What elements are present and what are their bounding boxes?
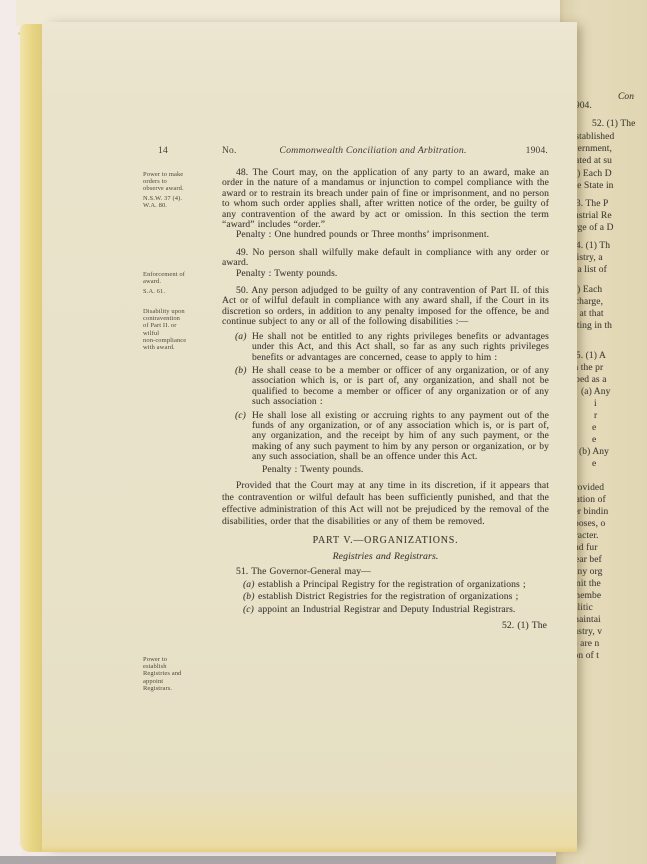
scan-background: [0, 0, 22, 864]
margin-note-line: Power to make: [143, 171, 217, 178]
section-51-item-b: (b)establish District Registries for the…: [222, 592, 549, 602]
margin-note-line: award.: [143, 278, 217, 285]
item-marker: (a): [235, 332, 247, 342]
registries-subheading: Registries and Registrars.: [222, 552, 549, 562]
clipped-text-line: e: [592, 435, 596, 445]
section-50-item-b: (b)He shall cease to be a member or offi…: [222, 366, 549, 408]
section-50-item-c: (c)He shall lose all existing or accruin…: [222, 411, 549, 463]
item-text: establish District Registries for the re…: [258, 591, 518, 602]
margin-note-line: of Part II. or: [143, 322, 217, 329]
section-51-intro: 51. The Governor-General may—: [222, 567, 549, 577]
margin-note-ref: W.A. 80.: [143, 202, 217, 209]
item-marker: (b): [235, 366, 247, 376]
item-marker: (b): [243, 592, 255, 602]
margin-note-line: Registrars.: [143, 685, 217, 692]
item-text: establish a Principal Registry for the r…: [258, 579, 526, 590]
margin-note-ref: S.A. 61.: [143, 288, 217, 295]
margin-note-line: contravention: [143, 315, 217, 322]
catchword: 52. (1) The: [222, 621, 549, 631]
margin-note-line: establish: [143, 663, 217, 670]
clipped-text-line: (a) Any: [581, 387, 610, 397]
section-50-item-a: (a)He shall not be entitled to any right…: [222, 332, 549, 363]
clipped-text-line: e: [592, 459, 596, 469]
item-marker: (c): [235, 411, 246, 421]
section-50-proviso: Provided that the Court may at any time …: [222, 480, 549, 528]
part-v-heading: PART V.—ORGANIZATIONS.: [222, 536, 549, 546]
clipped-text-line: r: [594, 411, 597, 421]
margin-note-line: Enforcement of: [143, 271, 217, 278]
margin-note-s50: Disability upon contravention of Part II…: [143, 308, 217, 351]
item-text: He shall lose all existing or accruing r…: [252, 410, 549, 463]
margin-note-s48: Power to make orders to observe award. N…: [143, 171, 217, 210]
section-48-text: 48. The Court may, on the application of…: [222, 168, 549, 230]
item-marker: (c): [243, 605, 254, 615]
margin-note-s49: Enforcement of award. S.A. 61.: [143, 271, 217, 295]
margin-note-line: appoint: [143, 678, 217, 685]
section-50-penalty: Penalty : Twenty pounds.: [222, 465, 549, 475]
clipped-text-line: e: [592, 423, 596, 433]
margin-note-line: non-compliance: [143, 337, 217, 344]
act-number-label: No.: [222, 146, 237, 156]
section-48-penalty: Penalty : One hundred pounds or Three mo…: [222, 230, 549, 240]
margin-note-line: observe award.: [143, 185, 217, 192]
margin-note-line: Registries and: [143, 670, 217, 677]
document-page: 14 No. Commonwealth Conciliation and Arb…: [42, 22, 577, 852]
margin-note-line: Power to: [143, 656, 217, 663]
margin-note-ref: N.S.W. 37 (4).: [143, 195, 217, 202]
year-label: 1904.: [482, 146, 548, 156]
body-text-column: 48. The Court may, on the application of…: [222, 168, 549, 631]
section-49-text: 49. No person shall wilfully make defaul…: [222, 248, 549, 269]
running-title: Commonwealth Conciliation and Arbitratio…: [244, 145, 502, 156]
margin-note-line: wilful: [143, 330, 217, 337]
clipped-text-line: 52. (1) The: [592, 119, 635, 129]
section-50-intro: 50. Any person adjudged to be guilty of …: [222, 286, 549, 328]
section-51-item-a: (a)establish a Principal Registry for th…: [222, 580, 549, 590]
clipped-text-line: (b) Any: [579, 447, 609, 457]
book-scan: 1904. Con 52. (1) The is established Gov…: [0, 0, 647, 864]
clipped-text-line: Con: [618, 92, 634, 102]
item-text: He shall not be entitled to any rights p…: [252, 331, 549, 363]
item-marker: (a): [243, 580, 255, 590]
margin-note-line: with award.: [143, 344, 217, 351]
scan-bottom-edge: [0, 856, 556, 864]
section-49-penalty: Penalty : Twenty pounds.: [222, 269, 549, 279]
page-number: 14: [158, 146, 168, 156]
section-51-item-c: (c)appoint an Industrial Registrar and D…: [222, 605, 549, 615]
item-text: He shall cease to be a member or officer…: [252, 365, 549, 407]
margin-note-line: orders to: [143, 178, 217, 185]
margin-note-line: Disability upon: [143, 308, 217, 315]
item-text: appoint an Industrial Registrar and Depu…: [258, 604, 515, 615]
margin-note-s51: Power to establish Registries and appoin…: [143, 656, 217, 692]
clipped-text-line: i: [594, 399, 597, 409]
